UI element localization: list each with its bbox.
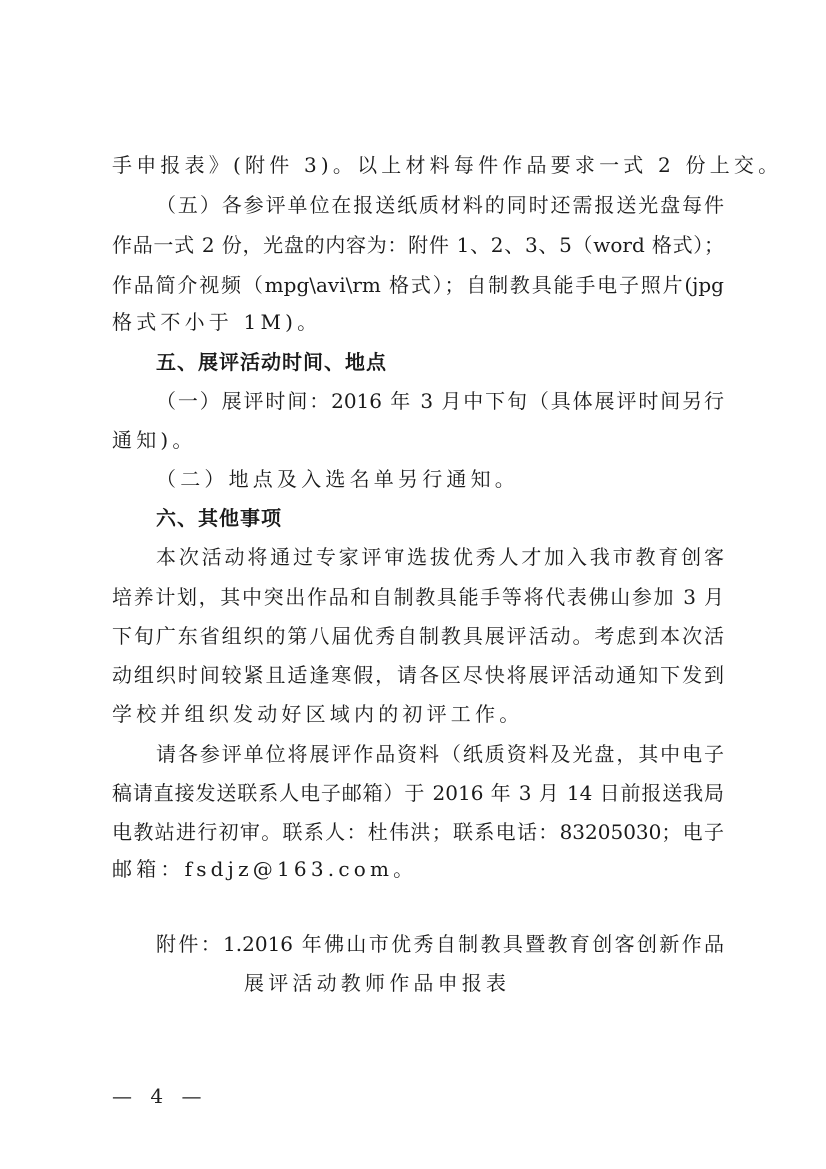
section-heading: 五、展评活动时间、地点 (156, 347, 724, 377)
paragraph-line: 稿请直接发送联系人电子邮箱）于 2016 年 3 月 14 日前报送我局 (112, 778, 724, 808)
paragraph-line: 手申报表》(附件 3)。以上材料每件作品要求一式 2 份上交。 (112, 150, 724, 180)
paragraph-line: 请各参评单位将展评作品资料（纸质资料及光盘，其中电子 (156, 739, 724, 769)
paragraph-line: 作品简介视频（mpg\avi\rm 格式）；自制教具能手电子照片(jpg (112, 270, 724, 300)
paragraph-line: 邮箱：fsdjz@163.com。 (112, 854, 724, 884)
paragraph-line: （二）地点及入选名单另行通知。 (156, 464, 724, 494)
paragraph-line: 动组织时间较紧且适逢寒假，请各区尽快将展评活动通知下发到 (112, 660, 724, 690)
paragraph-line: 格式不小于 1M)。 (112, 307, 724, 337)
section-heading: 六、其他事项 (156, 503, 724, 533)
page-number: — 4 — (112, 1083, 207, 1109)
paragraph-line: 作品一式 2 份，光盘的内容为：附件 1、2、3、5（word 格式）； (112, 230, 724, 260)
attachment-line-1: 附件：1.2016 年佛山市优秀自制教具暨教育创客创新作品 (156, 929, 724, 959)
paragraph-line: （一）展评时间：2016 年 3 月中下旬（具体展评时间另行 (156, 386, 724, 416)
paragraph-line: 通知)。 (112, 425, 724, 455)
paragraph-line: 学校并组织发动好区域内的初评工作。 (112, 699, 724, 729)
paragraph-line: 培养计划，其中突出作品和自制教具能手等将代表佛山参加 3 月 (112, 582, 724, 612)
paragraph-line: 下旬广东省组织的第八届优秀自制教具展评活动。考虑到本次活 (112, 621, 724, 651)
paragraph-line: （五）各参评单位在报送纸质材料的同时还需报送光盘每件 (156, 190, 724, 220)
paragraph-line: 电教站进行初审。联系人：杜伟洪；联系电话：83205030；电子 (112, 817, 724, 847)
paragraph-line: 本次活动将通过专家评审选拔优秀人才加入我市教育创客 (156, 542, 724, 572)
document-page: 手申报表》(附件 3)。以上材料每件作品要求一式 2 份上交。（五）各参评单位在… (0, 0, 826, 1169)
attachment-line-2: 展评活动教师作品申报表 (244, 968, 826, 998)
